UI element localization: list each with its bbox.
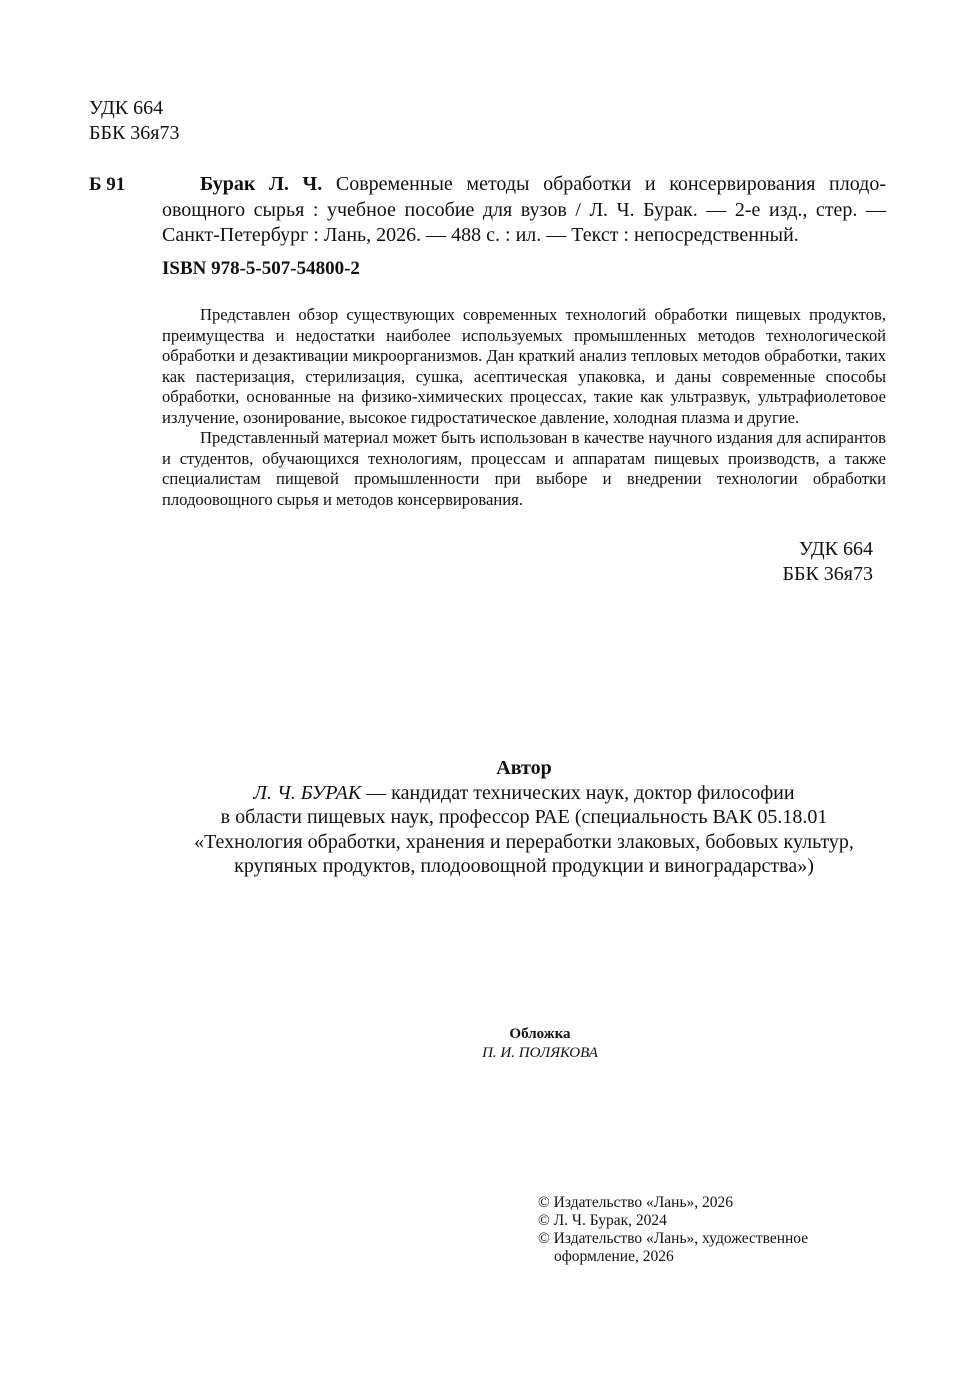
annotation-paragraph: Представлен обзор существующих современн… xyxy=(162,305,886,428)
bbk-code: ББК 36я73 xyxy=(89,121,180,146)
author-name: Л. Ч. БУРАК xyxy=(253,782,361,804)
copyright-line: © Издательство «Лань», 2026 xyxy=(538,1194,848,1212)
bib-line-1: Бурак Л. Ч. Современные методы обработки… xyxy=(162,172,886,198)
bib-line-3: Санкт-Петербург : Лань, 2026. — 488 с. :… xyxy=(162,223,886,249)
bbk-code: ББК 36я73 xyxy=(782,562,873,587)
author-sign-code: Б 91 xyxy=(89,172,125,197)
author-line-4: крупяных продуктов, плодоовощной продукц… xyxy=(0,854,976,879)
isbn: ISBN 978-5-507-54800-2 xyxy=(162,256,360,281)
bib-line-2: овощного сырья : учебное пособие для вуз… xyxy=(162,198,886,224)
author-credentials: — кандидат технических наук, доктор фило… xyxy=(361,782,794,804)
copyright-block: © Издательство «Лань», 2026 © Л. Ч. Бура… xyxy=(538,1194,848,1266)
author-heading: Автор xyxy=(0,756,976,781)
author-line-2: в области пищевых наук, профессор РАЕ (с… xyxy=(0,805,976,830)
classification-codes-right: УДК 664 ББК 36я73 xyxy=(782,537,873,587)
annotation-paragraph: Представленный материал может быть испол… xyxy=(162,428,886,510)
bibliographic-record: Бурак Л. Ч. Современные методы обработки… xyxy=(162,172,886,249)
copyright-line: © Издательство «Лань», художественное оф… xyxy=(538,1230,848,1266)
author-line-3: «Технология обработки, хранения и перера… xyxy=(0,830,976,855)
cover-heading: Обложка xyxy=(0,1025,976,1044)
author-section: Автор Л. Ч. БУРАК — кандидат технических… xyxy=(0,756,976,879)
classification-codes-top: УДК 664 ББК 36я73 xyxy=(89,96,180,146)
udk-code: УДК 664 xyxy=(782,537,873,562)
bib-title-start: Современные методы обработки и консервир… xyxy=(322,173,886,195)
cover-section: Обложка П. И. ПОЛЯКОВА xyxy=(0,1025,976,1063)
copyright-line: © Л. Ч. Бурак, 2024 xyxy=(538,1212,848,1230)
author-line-1: Л. Ч. БУРАК — кандидат технических наук,… xyxy=(0,781,976,806)
udk-code: УДК 664 xyxy=(89,96,180,121)
annotation: Представлен обзор существующих современн… xyxy=(162,305,886,510)
cover-designer-name: П. И. ПОЛЯКОВА xyxy=(0,1044,976,1063)
bib-author: Бурак Л. Ч. xyxy=(200,173,322,195)
